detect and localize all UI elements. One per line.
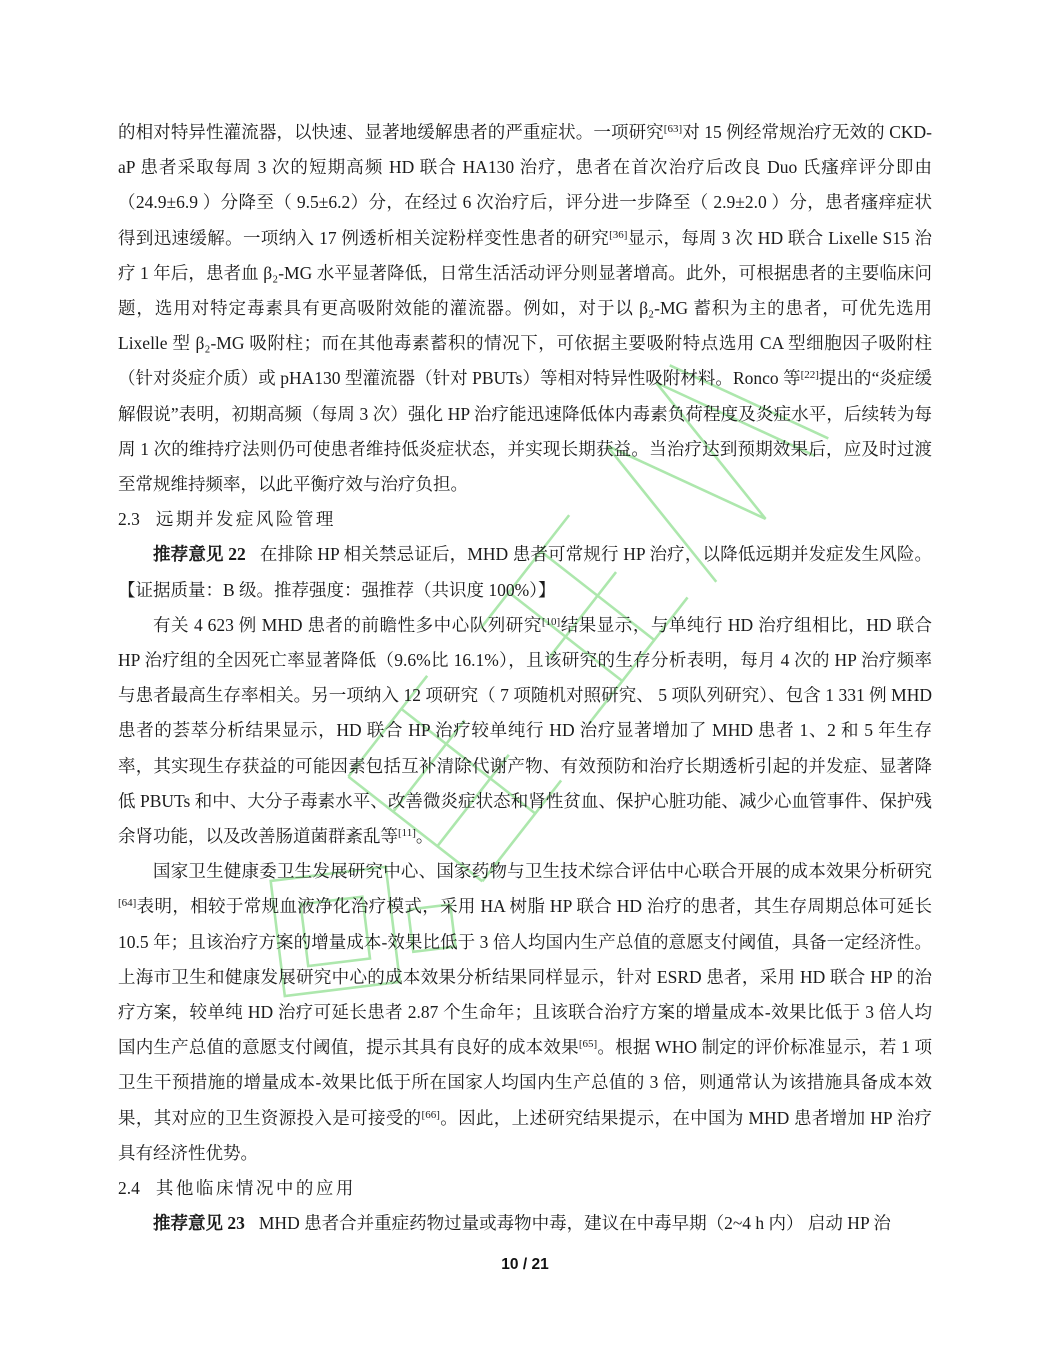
section-title: 其他临床情况中的应用 bbox=[156, 1178, 356, 1198]
section-title: 远期并发症风险管理 bbox=[156, 509, 336, 529]
paragraph-cohort-study: 有关 4 623 例 MHD 患者的前瞻性多中心队列研究[10]结果显示，与单纯… bbox=[118, 608, 932, 854]
section-number: 2.4 bbox=[118, 1178, 140, 1198]
recommendation-22: 推荐意见 22在排除 HP 相关禁忌证后，MHD 患者可常规行 HP 治疗，以降… bbox=[118, 537, 932, 607]
recommendation-23-text: MHD 患者合并重症药物过量或毒物中毒，建议在中毒早期（2~4 h 内） 启动 … bbox=[259, 1213, 891, 1233]
page-number: 10 / 21 bbox=[0, 1256, 1050, 1274]
page-content: 的相对特异性灌流器，以快速、显著地缓解患者的严重症状。一项研究[63]对 15 … bbox=[118, 115, 932, 1242]
recommendation-23: 推荐意见 23MHD 患者合并重症药物过量或毒物中毒，建议在中毒早期（2~4 h… bbox=[118, 1206, 932, 1241]
paragraph-continuation: 的相对特异性灌流器，以快速、显著地缓解患者的严重症状。一项研究[63]对 15 … bbox=[118, 115, 932, 502]
section-number: 2.3 bbox=[118, 509, 140, 529]
document-page: 的相对特异性灌流器，以快速、显著地缓解患者的严重症状。一项研究[63]对 15 … bbox=[0, 0, 1050, 1359]
paragraph-cost-effectiveness: 国家卫生健康委卫生发展研究中心、国家药物与卫生技术综合评估中心联合开展的成本效果… bbox=[118, 854, 932, 1171]
recommendation-22-label: 推荐意见 22 bbox=[153, 544, 246, 564]
section-heading-2-4: 2.4其他临床情况中的应用 bbox=[118, 1171, 932, 1206]
section-heading-2-3: 2.3远期并发症风险管理 bbox=[118, 502, 932, 537]
recommendation-23-label: 推荐意见 23 bbox=[153, 1213, 245, 1233]
